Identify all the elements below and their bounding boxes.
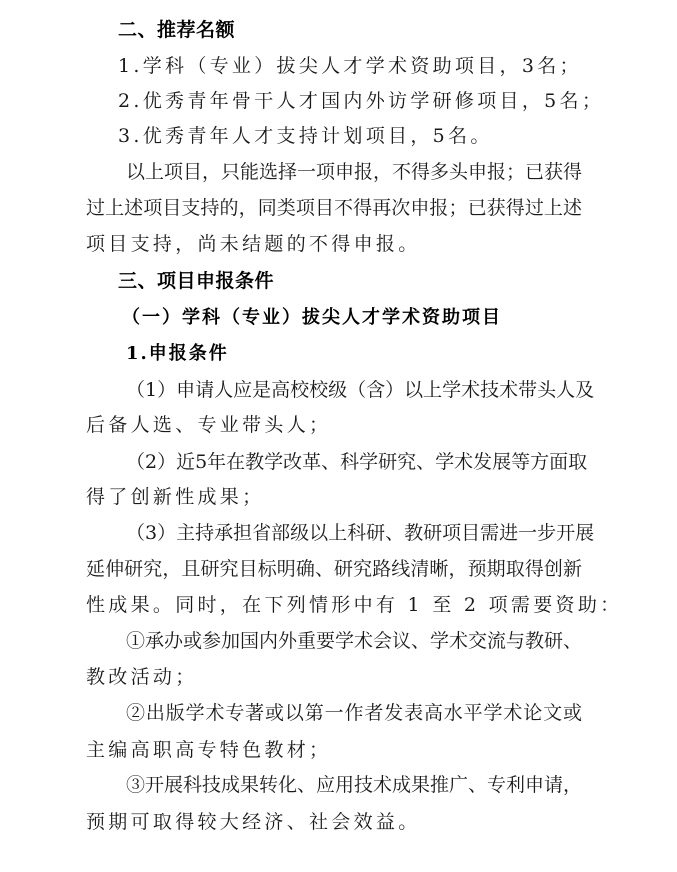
paragraph-line: 得了创新性成果； xyxy=(86,485,582,509)
paragraph-line: 过上述项目支持的，同类项目不得再次申报；已获得过上述 xyxy=(86,196,582,220)
condition-item-3: （3）主持承担省部级以上科研、教研项目需进一步开展 xyxy=(126,521,582,545)
quota-item-1: 1.学科（专业）拔尖人才学术资助项目，3名； xyxy=(118,54,614,78)
paragraph-line: 后备人选、专业带头人； xyxy=(86,413,582,437)
subsection-heading-talent-funding: （一）学科（专业）拔尖人才学术资助项目 xyxy=(122,306,618,330)
paragraph-line: 性成果。同时，在下列情形中有 1 至 2 项需要资助： xyxy=(86,593,582,617)
circled-item-2: ②出版学术专著或以第一作者发表高水平学术论文或 xyxy=(126,701,582,725)
paragraph-line: 预期可取得较大经济、社会效益。 xyxy=(86,810,582,834)
document-page: 二、推荐名额 1.学科（专业）拔尖人才学术资助项目，3名； 2.优秀青年骨干人才… xyxy=(0,0,677,872)
paragraph-line: 教改活动； xyxy=(86,665,582,689)
paragraph-line: 以上项目，只能选择一项申报，不得多头申报；已获得 xyxy=(126,160,582,184)
paragraph-line: 延伸研究，且研究目标明确、研究路线清晰，预期取得创新 xyxy=(86,557,582,581)
quota-item-2: 2.优秀青年骨干人才国内外访学研修项目，5名； xyxy=(118,89,614,113)
circled-item-1: ①承办或参加国内外重要学术会议、学术交流与教研、 xyxy=(126,629,582,653)
condition-item-2: （2）近5年在教学改革、科学研究、学术发展等方面取 xyxy=(126,450,582,474)
paragraph-line: 项目支持，尚未结题的不得申报。 xyxy=(86,232,582,256)
paragraph-line: 主编高职高专特色教材； xyxy=(86,738,582,762)
subsubsection-heading-conditions: 1.申报条件 xyxy=(126,342,622,366)
condition-item-1: （1）申请人应是高校校级（含）以上学术技术带头人及 xyxy=(126,378,582,402)
section-heading-recommendation-quota: 二、推荐名额 xyxy=(118,18,614,42)
section-heading-application-conditions: 三、项目申报条件 xyxy=(118,269,614,293)
quota-item-3: 3.优秀青年人才支持计划项目，5名。 xyxy=(118,124,614,148)
circled-item-3: ③开展科技成果转化、应用技术成果推广、专利申请， xyxy=(126,773,582,797)
